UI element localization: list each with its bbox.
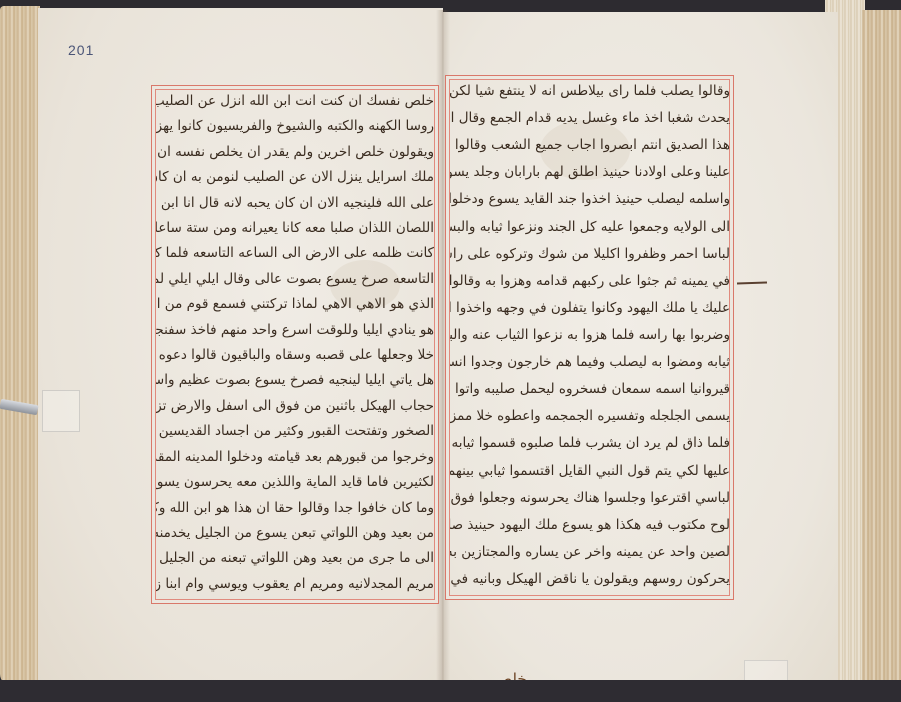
- text-line: هو ينادي ايليا وللوقت اسرع واحد منهم فاخ…: [156, 319, 434, 341]
- manuscript-photo: 201 خلص نفسك ان كنت انت ابن الله انزل عن…: [0, 0, 901, 702]
- text-line: يحركون روسهم ويقولون يا ناقض الهيكل وبان…: [450, 568, 730, 590]
- text-line: خلا وجعلها على قصبه وسقاه والباقيون قالو…: [156, 344, 434, 366]
- text-line: وما كان خافوا جدا وقالوا حقا ان هذا هو ا…: [156, 497, 434, 519]
- text-line: خلص نفسك ان كنت انت ابن الله انزل عن الص…: [156, 90, 434, 112]
- text-line: لباسي اقترعوا وجلسوا هناك يحرسونه وجعلوا…: [450, 487, 730, 509]
- text-line: فلما ذاق لم يرد ان يشرب فلما صلبوه قسموا…: [450, 432, 730, 454]
- text-line: حجاب الهيكل باثنين من فوق الى اسفل والار…: [156, 395, 434, 417]
- text-line: يسمى الجلجله وتفسيره الجمجمه واعطوه خلا …: [450, 405, 730, 427]
- text-line: عليها لكي يتم قول النبي القايل اقتسموا ث…: [450, 460, 730, 482]
- text-line: لصين واحد عن يمينه واخر عن يساره والمجتا…: [450, 541, 730, 563]
- text-line: ثيابه ومضوا به ليصلب وفيما هم خارجون وجد…: [450, 351, 730, 373]
- right-text-block: وقالوا يصلب فلما راى بيلاطس انه لا ينتفع…: [450, 80, 730, 590]
- text-line: روسا الكهنه والكتبه والشيوخ والفريسيون ك…: [156, 115, 434, 137]
- text-line: مريم المجدلانيه ومريم ام يعقوب ويوسي وام…: [156, 573, 434, 595]
- text-line: كانت ظلمه على الارض الى الساعه التاسعه ف…: [156, 242, 434, 264]
- text-line: عليك يا ملك اليهود وكانوا يتفلون في وجهه…: [450, 297, 730, 319]
- transparent-tab: [42, 390, 80, 432]
- text-line: لوح مكتوب فيه هكذا هو يسوع ملك اليهود حي…: [450, 514, 730, 536]
- text-line: وضربوا بها راسه فلما هزوا به نزعوا الثيا…: [450, 324, 730, 346]
- text-line: قيروانيا اسمه سمعان فسخروه ليحمل صليبه و…: [450, 378, 730, 400]
- left-page-edges: [0, 6, 40, 686]
- text-line: على الله فلينجيه الان ان كان يحبه لانه ق…: [156, 192, 434, 214]
- text-line: التاسعه صرخ يسوع بصوت عالى وقال ايلي ايل…: [156, 268, 434, 290]
- background-bottom: [0, 680, 901, 702]
- right-page-edges: [862, 10, 901, 682]
- text-line: اللصان اللذان صلبا معه كانا يعيرانه ومن …: [156, 217, 434, 239]
- text-line: الصخور وتفتحت القبور وكثير من اجساد القد…: [156, 420, 434, 442]
- left-text-block: خلص نفسك ان كنت انت ابن الله انزل عن الص…: [156, 90, 434, 595]
- text-line: لكثيرين فاما قايد الماية واللذين معه يحر…: [156, 471, 434, 493]
- text-line: الى ما جرى من بعيد وهن اللواتي تبعنه من …: [156, 547, 434, 569]
- text-line: يحدث شغبا اخذ ماء وغسل يديه قدام الجمع و…: [450, 107, 730, 129]
- text-line: هذا الصديق انتم ابصروا اجاب جميع الشعب و…: [450, 134, 730, 156]
- text-line: من بعيد وهن اللواتي تبعن يسوع من الجليل …: [156, 522, 434, 544]
- text-line: ويقولون خلص اخرين ولم يقدر ان يخلص نفسه …: [156, 141, 434, 163]
- text-line: الى الولايه وجمعوا عليه كل الجند ونزعوا …: [450, 216, 730, 238]
- text-line: ملك اسرايل ينزل الان عن الصليب لنومن به …: [156, 166, 434, 188]
- text-line: في يمينه ثم جثوا على ركبهم قدامه وهزوا ب…: [450, 270, 730, 292]
- text-line: واسلمه ليصلب حينيذ اخذوا جند القايد يسوع…: [450, 188, 730, 210]
- text-line: وخرجوا من قبورهم بعد قيامته ودخلوا المدي…: [156, 446, 434, 468]
- text-line: هل ياتي ايليا لينجيه فصرخ يسوع بصوت عظيم…: [156, 369, 434, 391]
- text-line: لباسا احمر وظفروا اكليلا من شوك وتركوه ع…: [450, 243, 730, 265]
- text-line: علينا وعلى اولادنا حينيذ اطلق لهم بارابا…: [450, 161, 730, 183]
- text-line: الذي هو الاهي الاهي لماذا تركتني فسمع قو…: [156, 293, 434, 315]
- folio-number: 201: [68, 42, 94, 58]
- text-line: وقالوا يصلب فلما راى بيلاطس انه لا ينتفع…: [450, 80, 730, 102]
